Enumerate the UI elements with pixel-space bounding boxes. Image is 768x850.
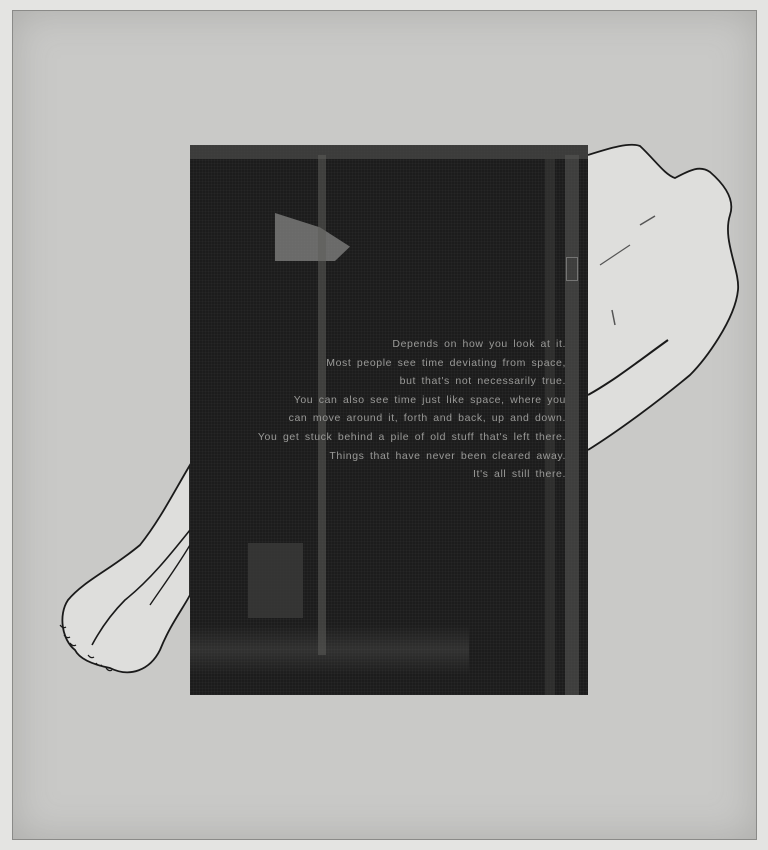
poem-line: but that's not necessarily true. — [258, 372, 566, 391]
ground-box — [248, 543, 303, 618]
street-photograph: Depends on how you look at it. Most peop… — [190, 145, 588, 695]
poem-text: Depends on how you look at it. Most peop… — [258, 335, 566, 484]
poem-line: You can also see time just like space, w… — [258, 391, 566, 410]
poem-line: can move around it, forth and back, up a… — [258, 409, 566, 428]
photo-top-band — [190, 145, 588, 159]
right-pole-edge — [565, 155, 579, 695]
ground-debris — [190, 625, 469, 675]
poem-line: Most people see time deviating from spac… — [258, 354, 566, 373]
photo-sign — [566, 257, 578, 281]
poem-line: Depends on how you look at it. — [258, 335, 566, 354]
street-lamp — [275, 213, 350, 261]
poem-line: You get stuck behind a pile of old stuff… — [258, 428, 566, 447]
torso-outline — [588, 145, 738, 450]
legs-outline — [62, 465, 190, 672]
poem-line: Things that have never been cleared away… — [258, 447, 566, 466]
poem-line: It's all still there. — [258, 465, 566, 484]
